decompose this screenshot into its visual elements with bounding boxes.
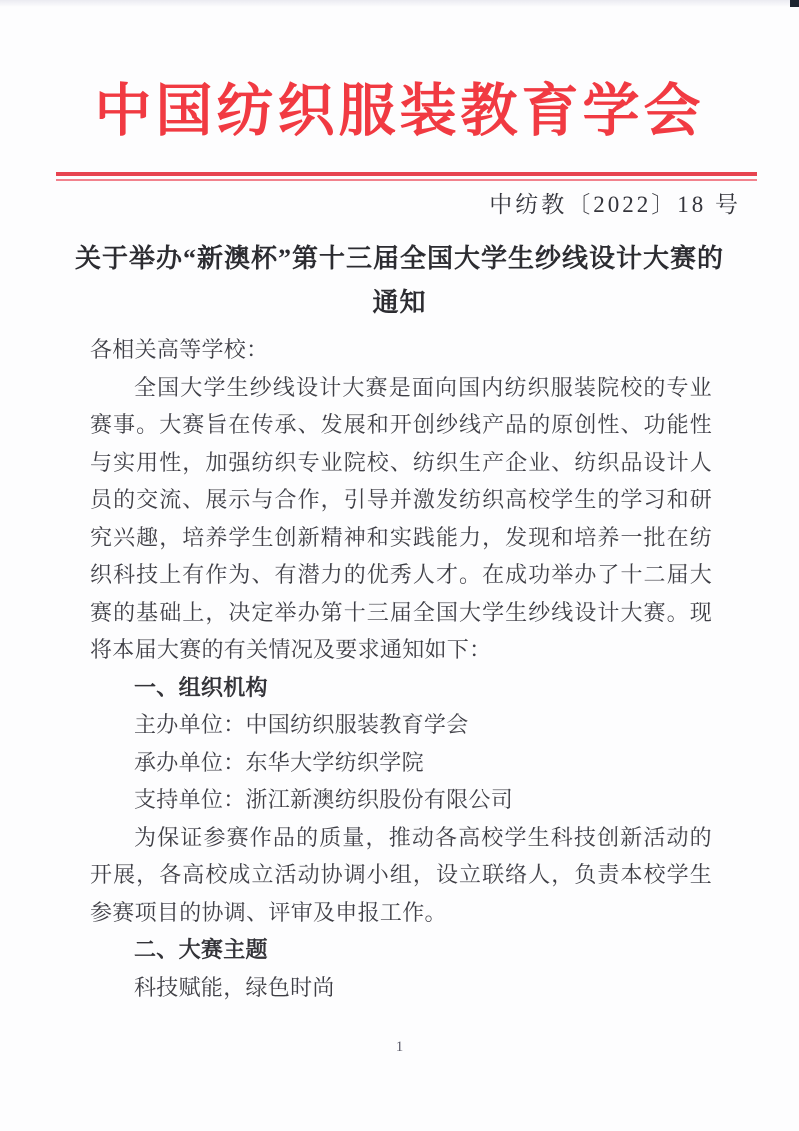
document-number: 中纺教〔2022〕18 号: [0, 189, 741, 221]
scan-corner-speck: [790, 0, 799, 7]
letterhead-org-name: 中国纺织服装教育学会: [0, 70, 799, 154]
section-heading-theme: 二、大赛主题: [90, 931, 712, 969]
scanned-document-page: 中国纺织服装教育学会 中纺教〔2022〕18 号 关于举办“新澳杯”第十三届全国…: [0, 0, 799, 1131]
organizer-host-line: 主办单位：中国纺织服装教育学会: [90, 706, 712, 744]
paragraph-coordination: 为保证参赛作品的质量，推动各高校学生科技创新活动的开展，各高校成立活动协调小组，…: [90, 819, 712, 932]
page-number: 1: [0, 1038, 799, 1056]
theme-line: 科技赋能，绿色时尚: [90, 969, 712, 1007]
red-divider-rule: [56, 172, 757, 181]
section-heading-organization: 一、组织机构: [90, 669, 712, 707]
scan-edge-artifact: [0, 0, 799, 7]
document-title: 关于举办“新澳杯”第十三届全国大学生纱线设计大赛的 通知: [40, 237, 759, 325]
document-title-line2: 通知: [40, 281, 759, 325]
salutation: 各相关高等学校：: [90, 331, 712, 369]
document-body: 各相关高等学校： 全国大学生纱线设计大赛是面向国内纺织服装院校的专业赛事。大赛旨…: [90, 331, 712, 1006]
red-rule-thin-line: [56, 179, 757, 181]
organizer-undertaker-line: 承办单位：东华大学纺织学院: [90, 744, 712, 782]
document-title-line1: 关于举办“新澳杯”第十三届全国大学生纱线设计大赛的: [40, 237, 759, 281]
paragraph-introduction: 全国大学生纱线设计大赛是面向国内纺织服装院校的专业赛事。大赛旨在传承、发展和开创…: [90, 369, 712, 669]
organizer-supporter-line: 支持单位：浙江新澳纺织股份有限公司: [90, 781, 712, 819]
